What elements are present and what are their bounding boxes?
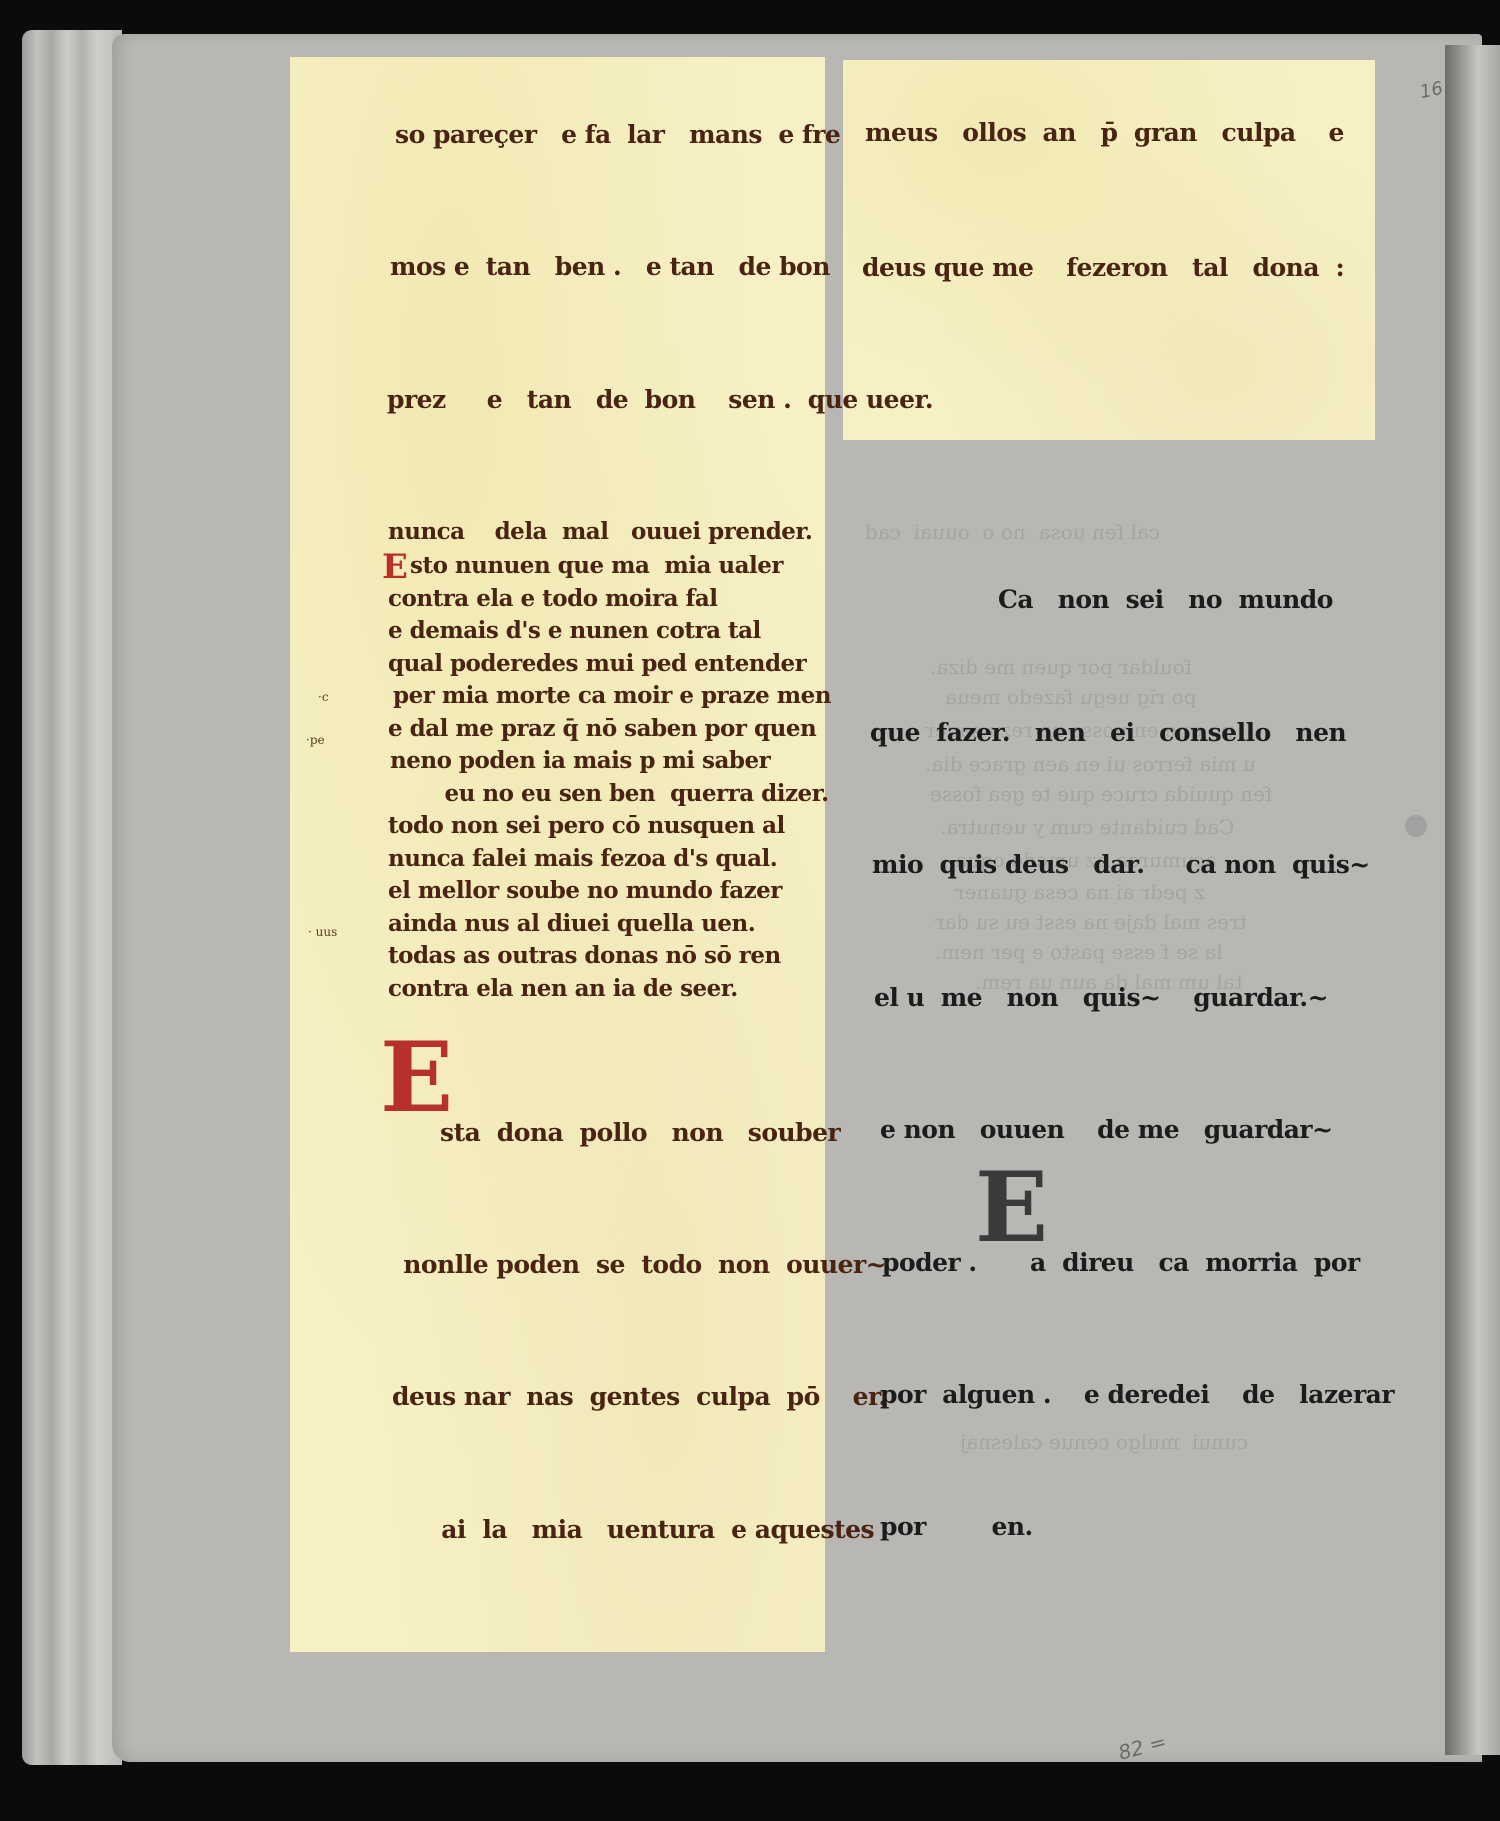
text-line: poder . bbox=[882, 1248, 977, 1277]
large-rubricated-initial: E bbox=[380, 1030, 453, 1126]
bleed-through-line: u mia ferros ui en aen grace dia. bbox=[925, 752, 1256, 776]
text-line: neno poden ia mais p mi saber bbox=[390, 747, 770, 774]
text-line: eu no eu sen ben querra dizer. bbox=[422, 780, 829, 807]
bleed-through-line: po rīg uegu fazedo meua bbox=[945, 685, 1197, 709]
text-line: el mellor soube no mundo fazer bbox=[388, 877, 782, 904]
text-line: deus que me fezeron tal dona : bbox=[862, 253, 1344, 282]
text-line: contra ela e todo moira fal bbox=[388, 585, 718, 612]
text-line: por alguen . e deredei de lazerar bbox=[880, 1380, 1394, 1409]
margin-note: ·c bbox=[318, 690, 329, 704]
text-line: nonlle poden se todo non ouuer~ bbox=[395, 1250, 886, 1279]
bleed-through-line: fen quuida cruce que te gea fosse bbox=[930, 782, 1272, 806]
rubricated-initial: E bbox=[382, 547, 408, 587]
book-page-edges bbox=[22, 30, 122, 1765]
text-line: prez e tan de bon sen . que bbox=[387, 385, 858, 414]
text-line: per mia morte ca moir e praze men bbox=[393, 682, 831, 709]
margin-note: · uus bbox=[308, 925, 337, 939]
text-line: todo non sei pero cō nusquen al bbox=[388, 812, 785, 839]
bleed-through-line: la se f esse pasto e per nem. bbox=[935, 940, 1223, 964]
text-line: qual poderedes mui ped entender bbox=[388, 650, 806, 677]
highlighted-region-right-column-top bbox=[843, 60, 1375, 440]
text-line: por en. bbox=[880, 1512, 1033, 1541]
margin-note: ·pe bbox=[306, 733, 325, 747]
text-line: meus ollos an p̄ gran culpa e bbox=[865, 118, 1344, 147]
text-line: todas as outras donas nō sō ren bbox=[388, 942, 781, 969]
text-line: nunca dela mal ouuei prender. bbox=[388, 518, 812, 545]
text-line: mio quis deus dar. ca non quis~ bbox=[872, 850, 1370, 879]
bleed-through-line: Cad cuidante cum y uenutra. bbox=[940, 815, 1234, 839]
bleed-through-line: z pedr ai na cesa guaner bbox=[955, 880, 1205, 904]
bleed-through-line: tres mal daje na esst eu su dar bbox=[935, 910, 1247, 934]
text-line: so pareçer e fa lar mans e fre bbox=[395, 120, 840, 149]
book-spine-edge bbox=[1445, 45, 1500, 1755]
ink-stain bbox=[1405, 815, 1427, 837]
text-line: ai la mia uentura e aquestes bbox=[392, 1515, 874, 1544]
text-line: contra ela nen an ia de seer. bbox=[388, 975, 738, 1002]
text-line: deus nar nas gentes culpa pō er. bbox=[392, 1382, 887, 1411]
text-line: ainda nus al diuei quella uen. bbox=[388, 910, 755, 937]
text-line: sta dona pollo non souber bbox=[440, 1118, 840, 1147]
text-line: nunca falei mais fezoa d's qual. bbox=[388, 845, 777, 872]
bleed-through-line: cunui mulgo cenue calesnaj bbox=[960, 1430, 1248, 1454]
text-line: e non ouuen de me guardar~ bbox=[880, 1115, 1333, 1144]
background bbox=[0, 1765, 1500, 1821]
text-line: ueer. bbox=[866, 385, 933, 414]
text-line: Ca non sei no mundo bbox=[998, 585, 1333, 614]
text-line: que fazer. nen ei consello nen bbox=[870, 718, 1346, 747]
text-line: e dal me praz q̄ nō saben por quen bbox=[388, 715, 816, 742]
text-line: e demais d's e nunen cotra tal bbox=[388, 617, 761, 644]
bleed-through-line: fouldar por quen me diza. bbox=[930, 655, 1192, 679]
text-line: el u me non quis~ guardar.~ bbox=[874, 983, 1328, 1012]
bleed-through-line: cal fen uosa no o ouuai cad bbox=[865, 520, 1160, 544]
large-initial: E bbox=[975, 1160, 1048, 1256]
text-line: mos e tan ben . e tan de bon bbox=[390, 252, 830, 281]
text-line: sto nunuen que ma mia ualer bbox=[410, 552, 783, 579]
text-line: a direu ca morria por bbox=[1030, 1248, 1360, 1277]
